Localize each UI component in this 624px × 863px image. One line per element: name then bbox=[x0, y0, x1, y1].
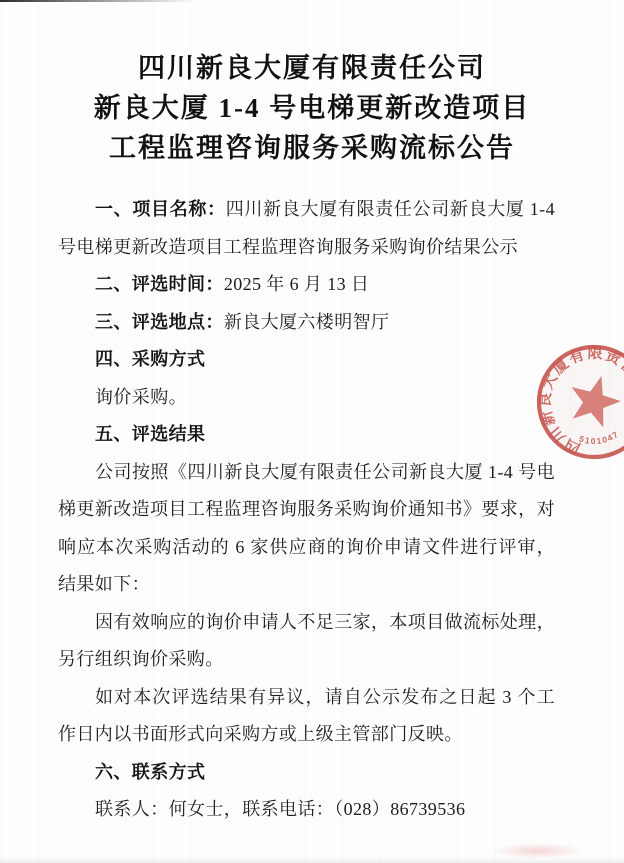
paragraph-project-name: 一、项目名称：四川新良大厦有限责任公司新良大厦 1-4 号电梯更新改造项目工程监… bbox=[58, 191, 555, 266]
doc-title-line-1: 四川新良大厦有限责任公司 bbox=[0, 48, 624, 88]
paragraph-text: 新良大厦六楼明智厅 bbox=[224, 312, 390, 332]
paragraph-result-heading: 五、评选结果 bbox=[58, 416, 555, 454]
svg-text:5101047: 5101047 bbox=[575, 420, 622, 454]
seal-star-icon bbox=[563, 369, 624, 430]
section-label: 三、评选地点： bbox=[95, 312, 224, 332]
paragraph-text: 公司按照《四川新良大厦有限责任公司新良大厦 1-4 号电梯更新改造项目工程监理咨… bbox=[58, 462, 555, 595]
doc-title-line-2: 新良大厦 1-4 号电梯更新改造项目 bbox=[0, 88, 624, 128]
scan-edge-artifact-top bbox=[0, 0, 195, 2]
paragraph-text: 如对本次评选结果有异议，请自公示发布之日起 3 个工作日内以书面形式向采购方或上… bbox=[58, 687, 555, 745]
paragraph-objection-notice: 如对本次评选结果有异议，请自公示发布之日起 3 个工作日内以书面形式向采购方或上… bbox=[58, 679, 555, 754]
seal-serial-number: 5101047 bbox=[575, 420, 622, 454]
paragraph-contact-detail: 联系人：何女士，联系电话：（028）86739536 bbox=[58, 791, 555, 829]
paragraph-review-time: 二、评选时间：2025 年 6 月 13 日 bbox=[58, 266, 555, 304]
document-title: 四川新良大厦有限责任公司 新良大厦 1-4 号电梯更新改造项目 工程监理咨询服务… bbox=[0, 0, 624, 168]
section-label: 六、联系方式 bbox=[95, 762, 205, 782]
section-label: 二、评选时间： bbox=[95, 274, 224, 294]
paragraph-contact-heading: 六、联系方式 bbox=[58, 754, 555, 792]
section-label: 五、评选结果 bbox=[95, 424, 205, 444]
paragraph-review-place: 三、评选地点：新良大厦六楼明智厅 bbox=[58, 304, 555, 342]
scan-edge-artifact-bottom bbox=[0, 857, 624, 863]
section-label: 四、采购方式 bbox=[95, 349, 205, 369]
paragraph-text: 因有效响应的询价申请人不足三家，本项目做流标处理，另行组织询价采购。 bbox=[58, 612, 555, 670]
paragraph-procurement-method: 询价采购。 bbox=[58, 379, 555, 417]
paragraph-procurement-method-heading: 四、采购方式 bbox=[58, 341, 555, 379]
paragraph-result-detail: 公司按照《四川新良大厦有限责任公司新良大厦 1-4 号电梯更新改造项目工程监理咨… bbox=[58, 454, 555, 604]
doc-title-line-3: 工程监理咨询服务采购流标公告 bbox=[0, 128, 624, 168]
paragraph-text: 联系人：何女士，联系电话：（028）86739536 bbox=[95, 799, 465, 819]
section-label: 一、项目名称： bbox=[95, 199, 226, 219]
paragraph-failure-notice: 因有效响应的询价申请人不足三家，本项目做流标处理，另行组织询价采购。 bbox=[58, 604, 555, 679]
paragraph-text: 询价采购。 bbox=[95, 387, 187, 407]
document-page: 四川新良大厦有限责任公司 新良大厦 1-4 号电梯更新改造项目 工程监理咨询服务… bbox=[0, 0, 624, 863]
document-body: 一、项目名称：四川新良大厦有限责任公司新良大厦 1-4 号电梯更新改造项目工程监… bbox=[58, 191, 555, 829]
paragraph-text: 2025 年 6 月 13 日 bbox=[224, 274, 370, 294]
